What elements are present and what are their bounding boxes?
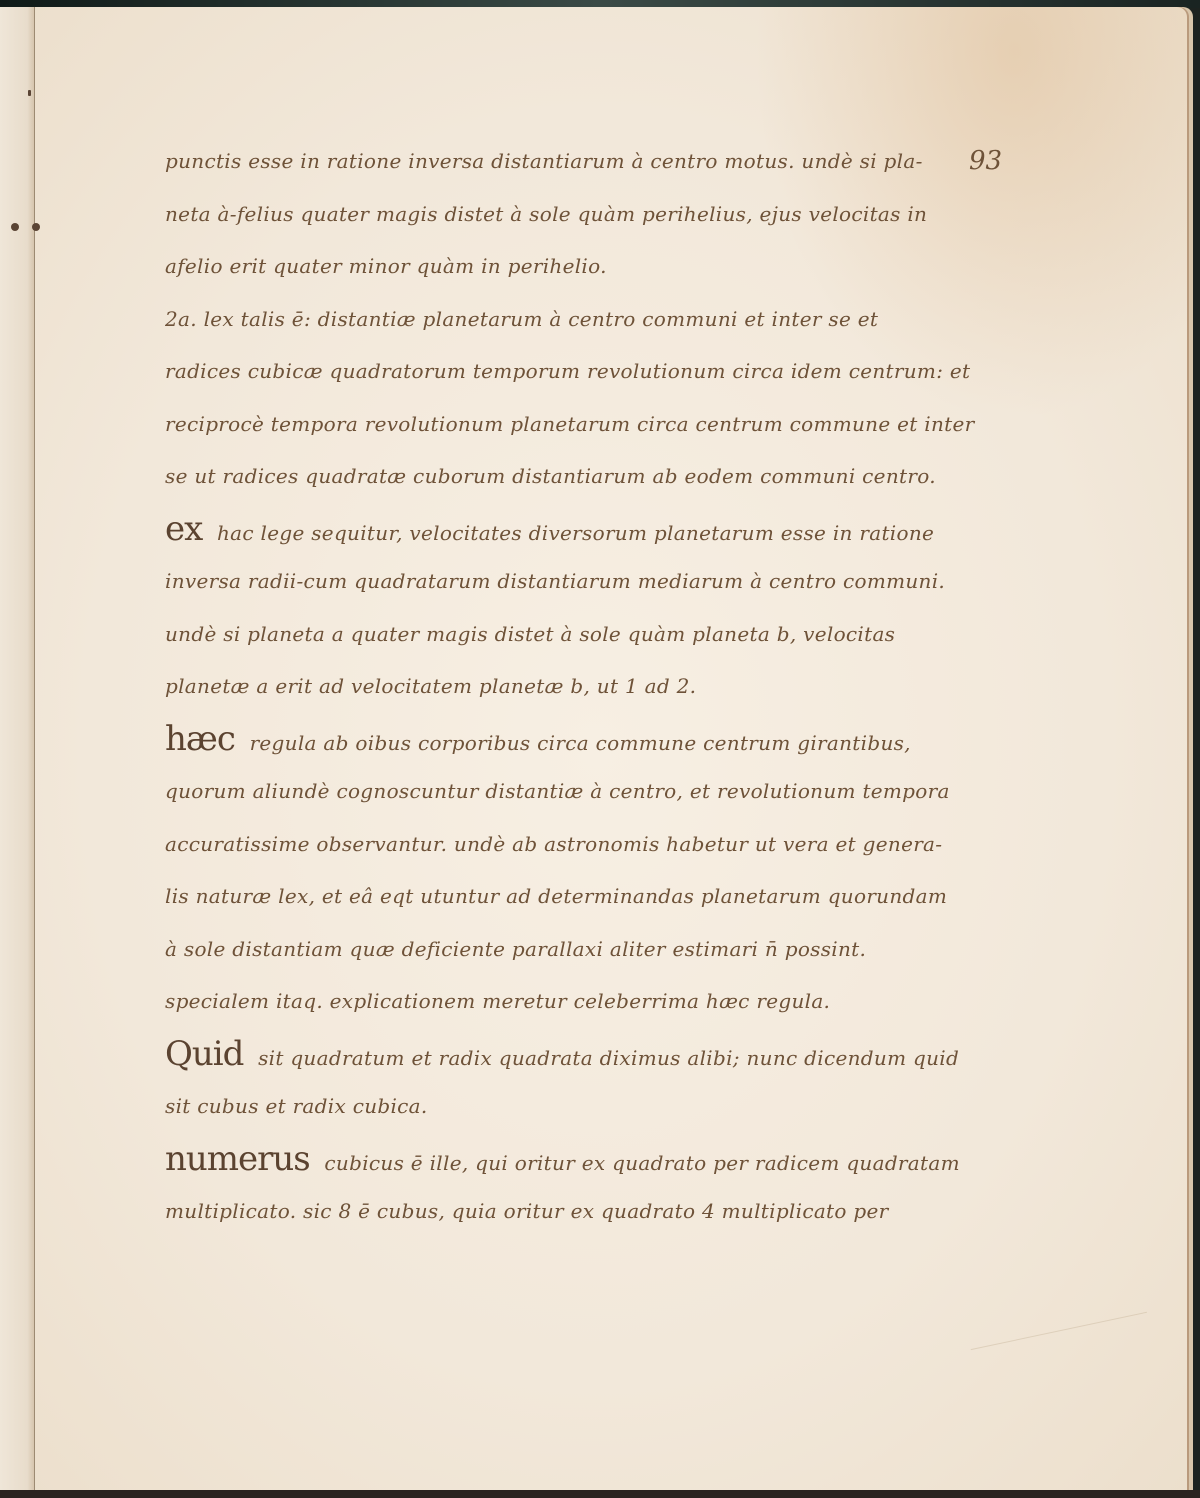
sewing-hole	[28, 90, 31, 96]
text-line: multiplicato. sic 8 ē cubus, quia oritur…	[165, 1185, 1025, 1238]
text-line-with-initial: ex hac lege sequitur, velocitates divers…	[165, 503, 1025, 556]
paper-crease	[971, 1312, 1156, 1390]
text-line: lis naturæ lex, et eâ eqt utuntur ad det…	[165, 870, 1025, 923]
text-line: punctis esse in ratione inversa distanti…	[165, 135, 965, 188]
text-line: neta à-felius quater magis distet à sole…	[165, 188, 1025, 241]
text-line: reciprocè tempora revolutionum planetaru…	[165, 398, 1025, 451]
text-line: inversa radii-cum quadratarum distantiar…	[165, 555, 1025, 608]
text-line: à sole distantiam quæ deficiente paralla…	[165, 923, 1025, 976]
scan-bottom-edge	[0, 1490, 1200, 1498]
sewing-hole	[11, 223, 19, 231]
text-line: quorum aliundè cognoscuntur distantiæ à …	[165, 765, 1025, 818]
text-line: radices cubicæ quadratorum temporum revo…	[165, 345, 1025, 398]
text-line: undè si planeta a quater magis distet à …	[165, 608, 1025, 661]
text-line: sit cubus et radix cubica.	[165, 1080, 1025, 1133]
manuscript-page: 93 punctis esse in ratione inversa dista…	[0, 7, 1193, 1491]
text-line-with-initial: hæc regula ab oibus corporibus circa com…	[165, 713, 1025, 766]
text-line: afelio erit quater minor quàm in perihel…	[165, 240, 1025, 293]
text-line: 2a. lex talis ē: distantiæ planetarum à …	[165, 293, 1025, 346]
decorative-initial: Quid	[165, 1034, 243, 1074]
text-line: accuratissime observantur. undè ab astro…	[165, 818, 1025, 871]
text-line-with-initial: Quid sit quadratum et radix quadrata dix…	[165, 1028, 1025, 1081]
decorative-initial: ex	[165, 509, 202, 549]
sewing-hole	[32, 223, 40, 231]
decorative-initial: hæc	[165, 719, 235, 759]
manuscript-text: punctis esse in ratione inversa distanti…	[165, 135, 1025, 1238]
decorative-initial: numerus	[165, 1139, 310, 1179]
text-line: planetæ a erit ad velocitatem planetæ b,…	[165, 660, 1025, 713]
text-line-with-initial: numerus cubicus ē ille, qui oritur ex qu…	[165, 1133, 1025, 1186]
text-line: se ut radices quadratæ cuborum distantia…	[165, 450, 1025, 503]
text-line: specialem itaq. explicationem meretur ce…	[165, 975, 1025, 1028]
